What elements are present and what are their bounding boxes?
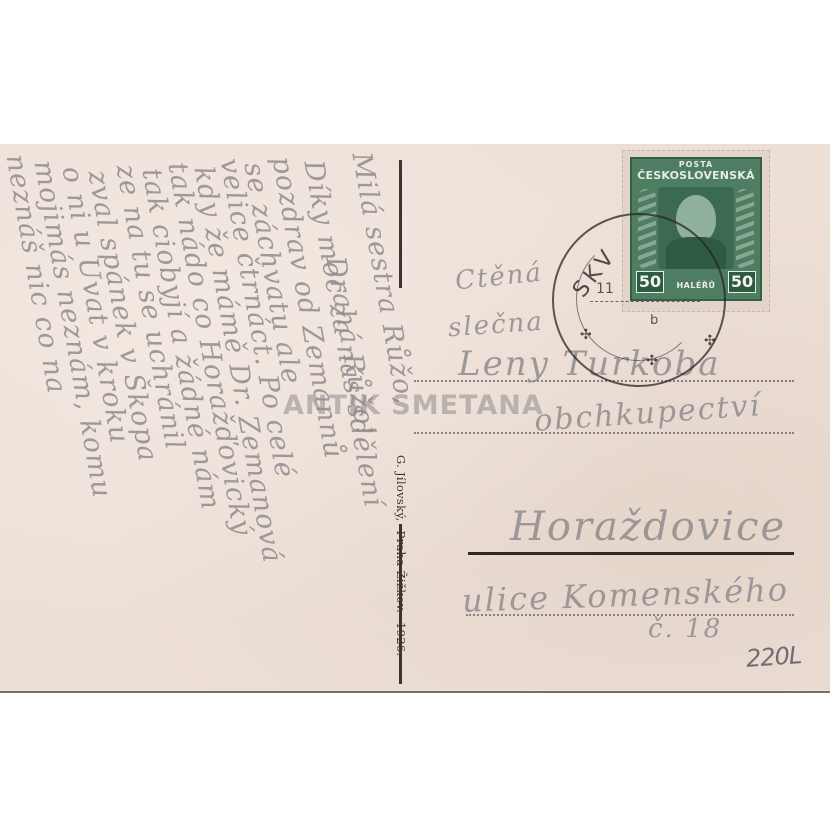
publisher-year: 1926. bbox=[394, 622, 408, 656]
publisher-place: Praha-Žižkov. bbox=[394, 531, 408, 614]
address-title: slečna bbox=[447, 307, 545, 344]
postmark-star-icon: ✣ bbox=[580, 327, 592, 343]
watermark: ANTIK SMETANA bbox=[283, 390, 544, 421]
postmark-bar bbox=[590, 301, 700, 302]
postmark-star-icon: ✣ bbox=[646, 353, 658, 369]
address-salutation: Ctěná bbox=[454, 257, 545, 296]
publisher-imprint: G. Jílovský, Praha-Žižkov. 1926. bbox=[394, 455, 408, 662]
postmark: SKV 11 b ✣ ✣ ✣ bbox=[552, 213, 726, 387]
stamp-country-label: ČESKOSLOVENSKÁ bbox=[632, 170, 760, 181]
postmark-date: 11 bbox=[596, 281, 614, 297]
publisher-name: G. Jílovský, bbox=[394, 455, 408, 522]
stamp-value-right: 50 bbox=[728, 271, 756, 293]
stamp-posta-label: POSTA bbox=[632, 161, 760, 169]
address-number: č. 18 bbox=[648, 614, 722, 644]
laurel-right-icon bbox=[736, 189, 754, 269]
divider-top bbox=[399, 160, 402, 288]
address-city: Horaždovice bbox=[510, 504, 786, 550]
postmark-time-code: b bbox=[650, 313, 658, 328]
catalog-mark: 220L bbox=[745, 641, 802, 673]
address-street: ulice Komenského bbox=[461, 570, 789, 619]
postmark-star-icon: ✣ bbox=[704, 333, 716, 349]
address-line-city bbox=[468, 552, 794, 555]
stamp-header: POSTA ČESKOSLOVENSKÁ bbox=[632, 161, 760, 181]
